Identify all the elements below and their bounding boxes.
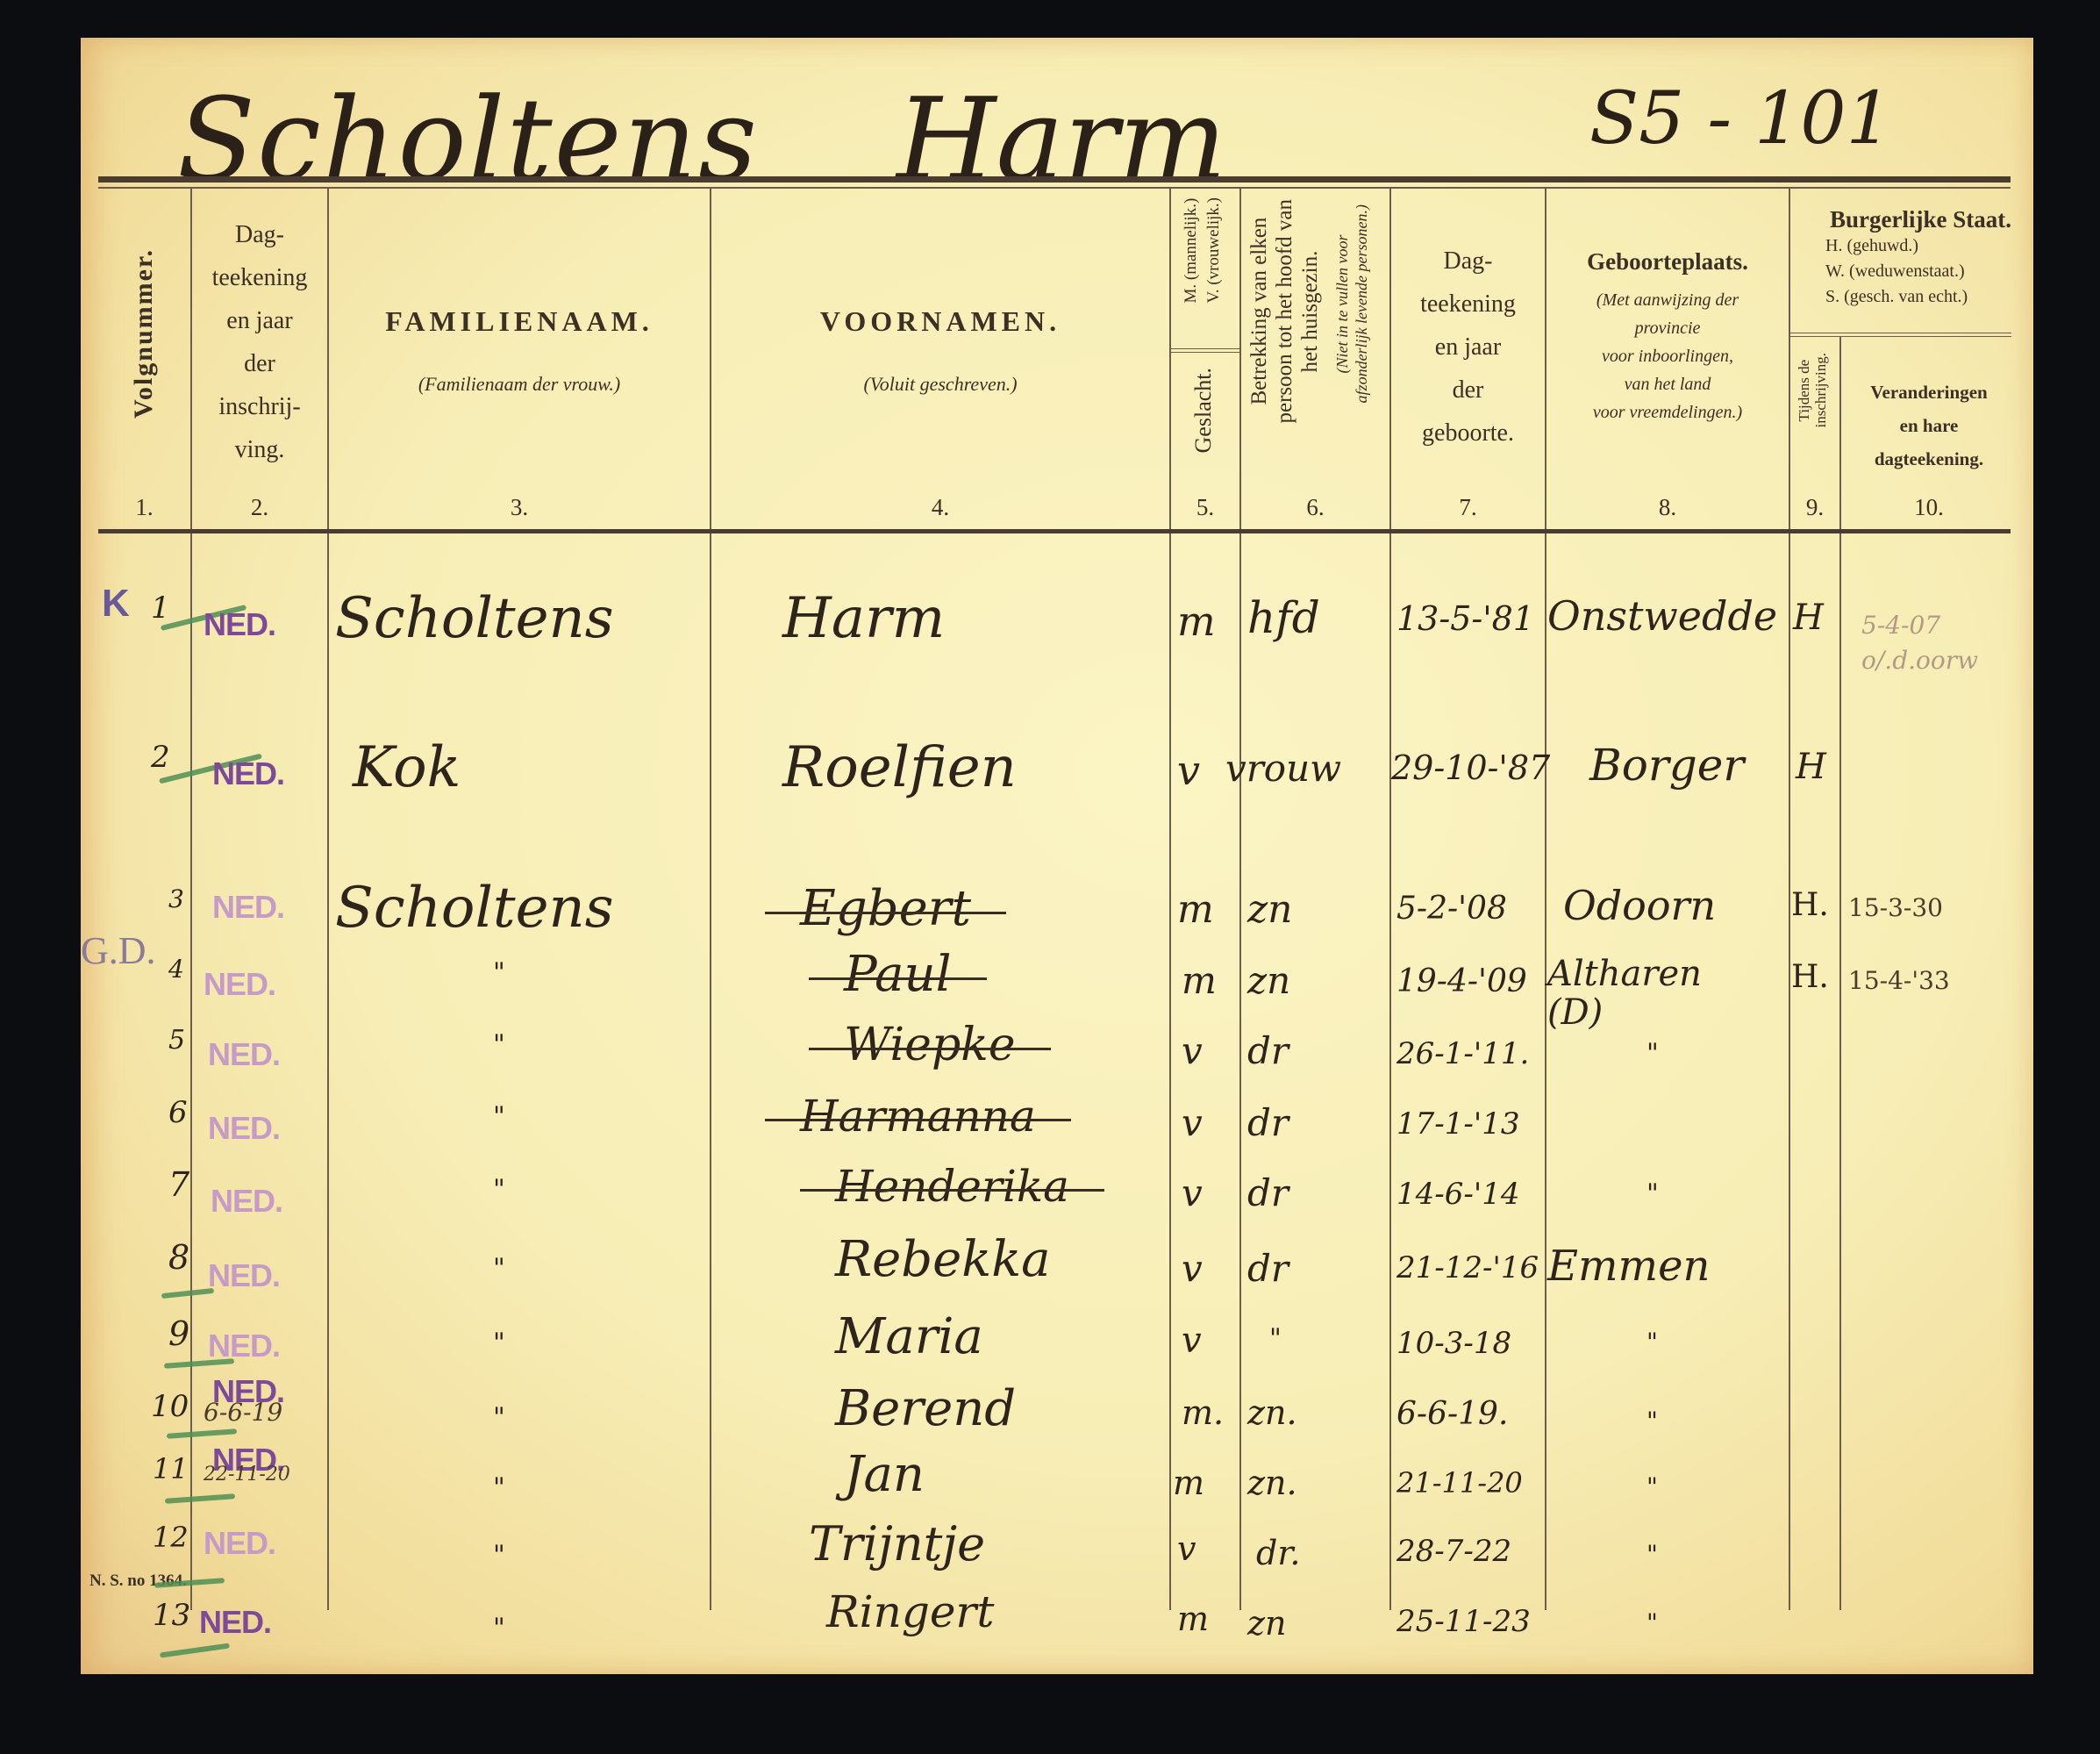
header-col-9-line: inschrijving. [1812, 353, 1829, 427]
green-check-mark [161, 1288, 214, 1299]
gender: m [1177, 887, 1214, 932]
card-code: S5 - 101 [1589, 77, 1892, 161]
header-col-10-line: en hare [1841, 409, 2017, 442]
gender: v [1182, 1101, 1203, 1144]
header-col-2-line: Dag- [192, 213, 327, 256]
row-number: 9 [168, 1314, 189, 1353]
nationality-stamp: NED. [208, 1257, 280, 1294]
civil-status-legend-w: W. (weduwenstaat.) [1825, 259, 2018, 284]
civil-status: H [1796, 747, 1826, 787]
col-divider-9 [1839, 336, 1841, 1610]
birth-place-ditto: " [1646, 1328, 1658, 1357]
nationality-stamp: NED. [212, 889, 284, 926]
row-number: 5 [168, 1025, 185, 1056]
nationality-stamp: NED. [204, 606, 275, 643]
header-col-2-line: teekening [192, 256, 327, 299]
birth-place: Odoorn [1563, 882, 1716, 929]
header-col-8-note-line: voor vreemdelingen.) [1546, 398, 1789, 426]
birth-place-ditto: " [1646, 1472, 1658, 1501]
changes: 15-3-30 [1848, 893, 1943, 922]
col-number-1: 1. [98, 494, 190, 521]
birth-place-ditto: " [1646, 1407, 1658, 1435]
registration-card: Scholtens Harm S5 - 101 Volgnummer. Dag-… [81, 38, 2033, 1674]
header-col-1-title: Volgnummer. [129, 248, 159, 419]
header-col-8-title: Geboorteplaats. [1546, 248, 1789, 276]
header-rule-bottom [98, 529, 2011, 533]
given-names: Harm [782, 586, 945, 651]
birth-date: 26-1-'11. [1396, 1036, 1529, 1071]
birth-date: 28-7-22 [1396, 1534, 1511, 1569]
green-check-mark [165, 1493, 235, 1504]
civil-status-legend: H. (gehuwd.) W. (weduwenstaat.) S. (gesc… [1790, 233, 2018, 310]
relation-ditto: " [1269, 1323, 1282, 1354]
gender: m [1182, 959, 1217, 1002]
family-name-ditto: " [493, 1540, 505, 1571]
changes: 15-4-'33 [1848, 966, 1950, 995]
header-col-6: Betrekking van elken persoon tot het hoo… [1241, 192, 1389, 526]
birth-date: 13-5-'81 [1396, 599, 1534, 638]
header-col-9: Tijdens de inschrijving. [1790, 340, 1839, 516]
gender-legend: M. (mannelijk.) V. (vrouwelijk.) [1180, 197, 1225, 304]
family-name: Scholtens [335, 876, 614, 941]
col-number-4: 4. [711, 494, 1169, 521]
civil-status: H [1793, 598, 1824, 638]
gender-divider [1171, 348, 1239, 353]
row-number: 12 [153, 1521, 189, 1554]
gender: v [1182, 1171, 1203, 1214]
given-names: Rebekka [835, 1231, 1051, 1288]
row-number: 1 [151, 591, 170, 626]
header-col-8-note-line: voor inboorlingen, [1546, 342, 1789, 370]
col-number-10: 10. [1841, 494, 2017, 521]
gender: m [1173, 1464, 1204, 1502]
header-col-7-line: der [1391, 369, 1545, 412]
relation-title-line: Betrekking van elken [1246, 199, 1272, 424]
relation: dr [1247, 1101, 1289, 1144]
relation-note: (Niet in te vullen voor afzonderlijk lev… [1332, 204, 1371, 403]
relation: hfd [1247, 592, 1320, 643]
header-col-2: Dag- teekening en jaar der inschrij- vin… [192, 213, 327, 471]
birth-place-ditto: " [1646, 1608, 1658, 1637]
row-number: 11 [153, 1452, 189, 1486]
row-number: 2 [151, 740, 170, 775]
registration-date: 6-6-19 [204, 1398, 282, 1427]
given-names: Berend [835, 1380, 1016, 1437]
relation-note-line: (Niet in te vullen voor [1332, 204, 1352, 403]
gender: v [1182, 1321, 1202, 1361]
relation: zn [1247, 887, 1293, 932]
birth-date: 17-1-'13 [1396, 1106, 1519, 1142]
registration-date: 22-11-20 [204, 1464, 290, 1486]
given-names: Trijntje [809, 1516, 985, 1571]
relation: dr [1247, 1029, 1289, 1072]
header-col-4-subtitle: (Voluit geschreven.) [711, 373, 1169, 396]
gender: m [1177, 598, 1216, 645]
header-col-3-subtitle: (Familienaam der vrouw.) [329, 373, 710, 396]
relation: dr [1247, 1247, 1289, 1290]
family-name-ditto: " [493, 1101, 505, 1132]
civil-status-title: Burgerlijke Staat. [1790, 206, 2018, 233]
family-name-ditto: " [493, 1402, 505, 1433]
k-margin-mark: K [102, 582, 130, 626]
header-col-4: VOORNAMEN. (Voluit geschreven.) [711, 305, 1169, 396]
col-number-7: 7. [1391, 494, 1545, 521]
col-number-9: 9. [1790, 494, 1839, 521]
gender: v [1182, 1029, 1203, 1072]
birth-place: Altharen (D) [1547, 955, 1740, 1032]
green-check-mark [167, 1428, 237, 1439]
birth-date: 19-4-'09 [1396, 963, 1527, 999]
gender: m [1177, 1600, 1209, 1638]
given-names-struck: Paul [844, 946, 952, 1003]
header-col-3: FAMILIENAAM. (Familienaam der vrouw.) [329, 305, 710, 396]
relation: zn [1247, 959, 1290, 1002]
given-names-struck: Wiepke [844, 1019, 1016, 1071]
given-names-struck: Harmanna [800, 1091, 1036, 1142]
nationality-stamp: NED. [199, 1604, 271, 1641]
header-col-9-line: Tijdens de [1796, 353, 1812, 427]
family-name-ditto: " [493, 1328, 505, 1358]
col-number-8: 8. [1546, 494, 1789, 521]
header-col-10-line: Veranderingen [1841, 376, 2017, 409]
gender: v [1177, 1529, 1196, 1568]
nationality-stamp: NED. [204, 966, 275, 1003]
nationality-stamp: NED. [208, 1110, 280, 1147]
birth-place: Onstwedde [1547, 592, 1777, 640]
nationality-stamp: NED. [211, 1183, 282, 1220]
header-col-7: Dag- teekening en jaar der geboorte. [1391, 240, 1545, 455]
family-name-ditto: " [493, 1472, 505, 1503]
birth-date: 10-3-18 [1396, 1326, 1511, 1361]
header-col-7-line: teekening [1391, 283, 1545, 326]
header-col-8-note-line: provincie [1546, 314, 1789, 342]
relation-note-line: afzonderlijk levende personen.) [1352, 204, 1371, 403]
civil-status-legend-s: S. (gesch. van echt.) [1825, 284, 2018, 310]
family-name-ditto: " [493, 1029, 505, 1060]
civil-status-divider [1790, 333, 2011, 337]
relation-title: Betrekking van elken persoon tot het hoo… [1246, 199, 1323, 424]
header-col-10: Veranderingen en hare dagteekening. [1841, 376, 2017, 476]
relation: zn [1247, 1604, 1287, 1643]
header-col-4-title: VOORNAMEN. [711, 305, 1169, 338]
header-col-8-note: (Met aanwijzing der provincie voor inboo… [1546, 286, 1789, 426]
birth-place-ditto: " [1646, 1540, 1658, 1569]
row-number: 7 [168, 1165, 189, 1204]
col-number-3: 3. [329, 494, 710, 521]
header-col-3-title: FAMILIENAAM. [329, 305, 710, 338]
relation: vrouw [1225, 747, 1341, 790]
relation: dr. [1256, 1534, 1300, 1572]
birth-date: 21-11-20 [1396, 1466, 1523, 1500]
civil-status: H. [1791, 959, 1829, 995]
col-number-5: 5. [1171, 494, 1239, 521]
family-name: Scholtens [335, 586, 614, 651]
given-names: Jan [844, 1446, 925, 1503]
header-col-8: Geboorteplaats. (Met aanwijzing der prov… [1546, 248, 1789, 426]
family-name-ditto: " [493, 957, 505, 988]
birth-date: 6-6-19. [1396, 1396, 1508, 1432]
row-number: 10 [151, 1389, 189, 1424]
header-rule-top-thin [98, 187, 2011, 189]
header-col-1: Volgnummer. [98, 196, 190, 512]
nationality-stamp: NED. [212, 755, 284, 792]
given-names: Ringert [826, 1586, 994, 1637]
birth-date: 14-6-'14 [1396, 1177, 1519, 1212]
header-col-2-line: der [192, 342, 327, 385]
header-col-8-note-line: van het land [1546, 370, 1789, 398]
col-number-2: 2. [192, 494, 327, 521]
given-names: Maria [835, 1308, 983, 1365]
relation-title-line: het huisgezin. [1297, 199, 1323, 424]
header-col-2-line: en jaar [192, 299, 327, 342]
green-check-mark [160, 1643, 230, 1657]
given-names-struck: Egbert [800, 880, 971, 937]
family-name-ditto: " [493, 1613, 505, 1643]
header-col-5-title: Geslacht. [1190, 368, 1217, 453]
row-number: 4 [168, 955, 184, 984]
birth-place: Borger [1589, 740, 1744, 791]
header-col-5: M. (mannelijk.) V. (vrouwelijk.) Geslach… [1171, 192, 1239, 526]
header-col-8-note-line: (Met aanwijzing der [1546, 286, 1789, 314]
header-rule-top [98, 176, 2011, 183]
header-col-10-line: dagteekening. [1841, 442, 2017, 476]
civil-status: H. [1791, 887, 1829, 923]
gender: v [1177, 747, 1200, 794]
civil-status-legend-h: H. (gehuwd.) [1825, 233, 2018, 259]
header-col-7-line: Dag- [1391, 240, 1545, 283]
relation-title-line: persoon tot het hoofd van [1272, 199, 1297, 424]
col-divider-3 [710, 189, 711, 1610]
header-col-7-line: en jaar [1391, 326, 1545, 369]
header-col-2-line: ving. [192, 428, 327, 471]
nationality-stamp: NED. [204, 1525, 275, 1562]
header-col-7-line: geboorte. [1391, 412, 1545, 455]
row-number: 3 [168, 884, 184, 913]
civil-status-header: Burgerlijke Staat. H. (gehuwd.) W. (wedu… [1790, 206, 2018, 310]
family-name-ditto: " [493, 1174, 505, 1205]
nationality-stamp: NED. [208, 1036, 280, 1073]
birth-date: 21-12-'16 [1396, 1250, 1539, 1285]
family-name: Kok [353, 735, 461, 800]
birth-place: Emmen [1547, 1242, 1710, 1291]
nationality-stamp: NED. [208, 1328, 280, 1364]
gd-margin-stamp: G.D. [81, 928, 156, 973]
row-number: 6 [168, 1095, 188, 1130]
col-number-6: 6. [1241, 494, 1389, 521]
relation: zn. [1247, 1393, 1297, 1432]
given-names: Roelfien [782, 735, 1017, 800]
gender-legend-m: M. (mannelijk.) [1180, 197, 1203, 304]
birth-place-ditto: " [1646, 1038, 1659, 1069]
header-col-9-title: Tijdens de inschrijving. [1796, 353, 1829, 427]
gender: m. [1182, 1393, 1224, 1432]
col-divider-2 [327, 189, 329, 1610]
birth-date: 25-11-23 [1396, 1604, 1531, 1639]
relation: dr [1247, 1171, 1289, 1214]
gender-legend-v: V. (vrouwelijk.) [1203, 197, 1225, 304]
gender: v [1182, 1247, 1203, 1290]
changes: 5-4-07 o/.d.oorw [1861, 608, 1993, 678]
relation: zn. [1247, 1464, 1297, 1502]
family-name-ditto: " [493, 1253, 505, 1284]
row-number: 8 [168, 1238, 189, 1277]
row-number: 13 [153, 1598, 190, 1633]
birth-date: 29-10-'87 [1391, 748, 1550, 787]
birth-place-ditto: " [1646, 1178, 1659, 1209]
header-col-2-line: inschrij- [192, 385, 327, 428]
birth-date: 5-2-'08 [1396, 891, 1507, 927]
given-names-struck: Henderika [835, 1161, 1069, 1212]
